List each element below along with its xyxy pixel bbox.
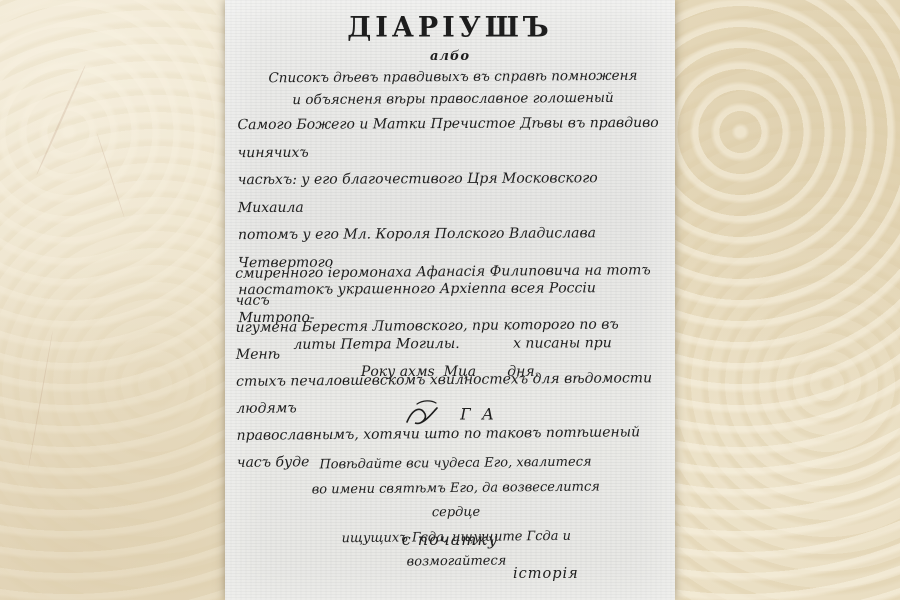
- parchment-texture-left: [0, 0, 228, 600]
- manuscript-catchword: історія: [513, 566, 579, 582]
- parchment-texture-right: [672, 0, 900, 600]
- manuscript-line: часѣхъ: у его благочестивого Цря Московс…: [238, 165, 666, 222]
- manuscript-line: во имени святѣмъ Его, да возвеселится се…: [297, 475, 615, 527]
- manuscript-line: Самого Божего и Матки Пречистое Дѣвы въ …: [237, 110, 665, 167]
- signature-initials: Г А: [460, 405, 497, 424]
- parchment-vein: [36, 65, 87, 175]
- manuscript-pochatku-line: с початку: [225, 530, 675, 549]
- manuscript-title: ДІАРІУШЪ: [225, 11, 675, 44]
- signature-block: Г А: [225, 398, 675, 432]
- manuscript-line: игумена Берестя Литовского, при которого…: [236, 311, 666, 369]
- manuscript-date-line: Року ахмѕ Мца дня.: [225, 364, 675, 380]
- parchment-vein: [96, 132, 125, 218]
- manuscript-subtitle: Списокъ дѣевъ правдивыхъ въ справѣ помно…: [245, 65, 661, 112]
- subtitle-line: и объясненя вѣры православное голошеный: [245, 87, 661, 112]
- manuscript-line: Повѣдайте вси чудеса Его, хвалитеся: [296, 450, 614, 478]
- manuscript-psalm-quote: Повѣдайте вси чудеса Его, хвалитеся во и…: [296, 450, 615, 576]
- subtitle-line: Списокъ дѣевъ правдивыхъ въ справѣ помно…: [245, 65, 661, 90]
- parchment-vein: [28, 331, 53, 469]
- manuscript-subtitle-albo: албо: [225, 49, 675, 64]
- manuscript-line: смиренного іеромонаха Афанасія Филипович…: [235, 257, 665, 315]
- signature-flourish: [403, 398, 455, 432]
- photo-parchment-background: ДІАРІУШЪ албо Списокъ дѣевъ правдивыхъ в…: [0, 0, 900, 600]
- manuscript-page: ДІАРІУШЪ албо Списокъ дѣевъ правдивыхъ в…: [225, 0, 675, 600]
